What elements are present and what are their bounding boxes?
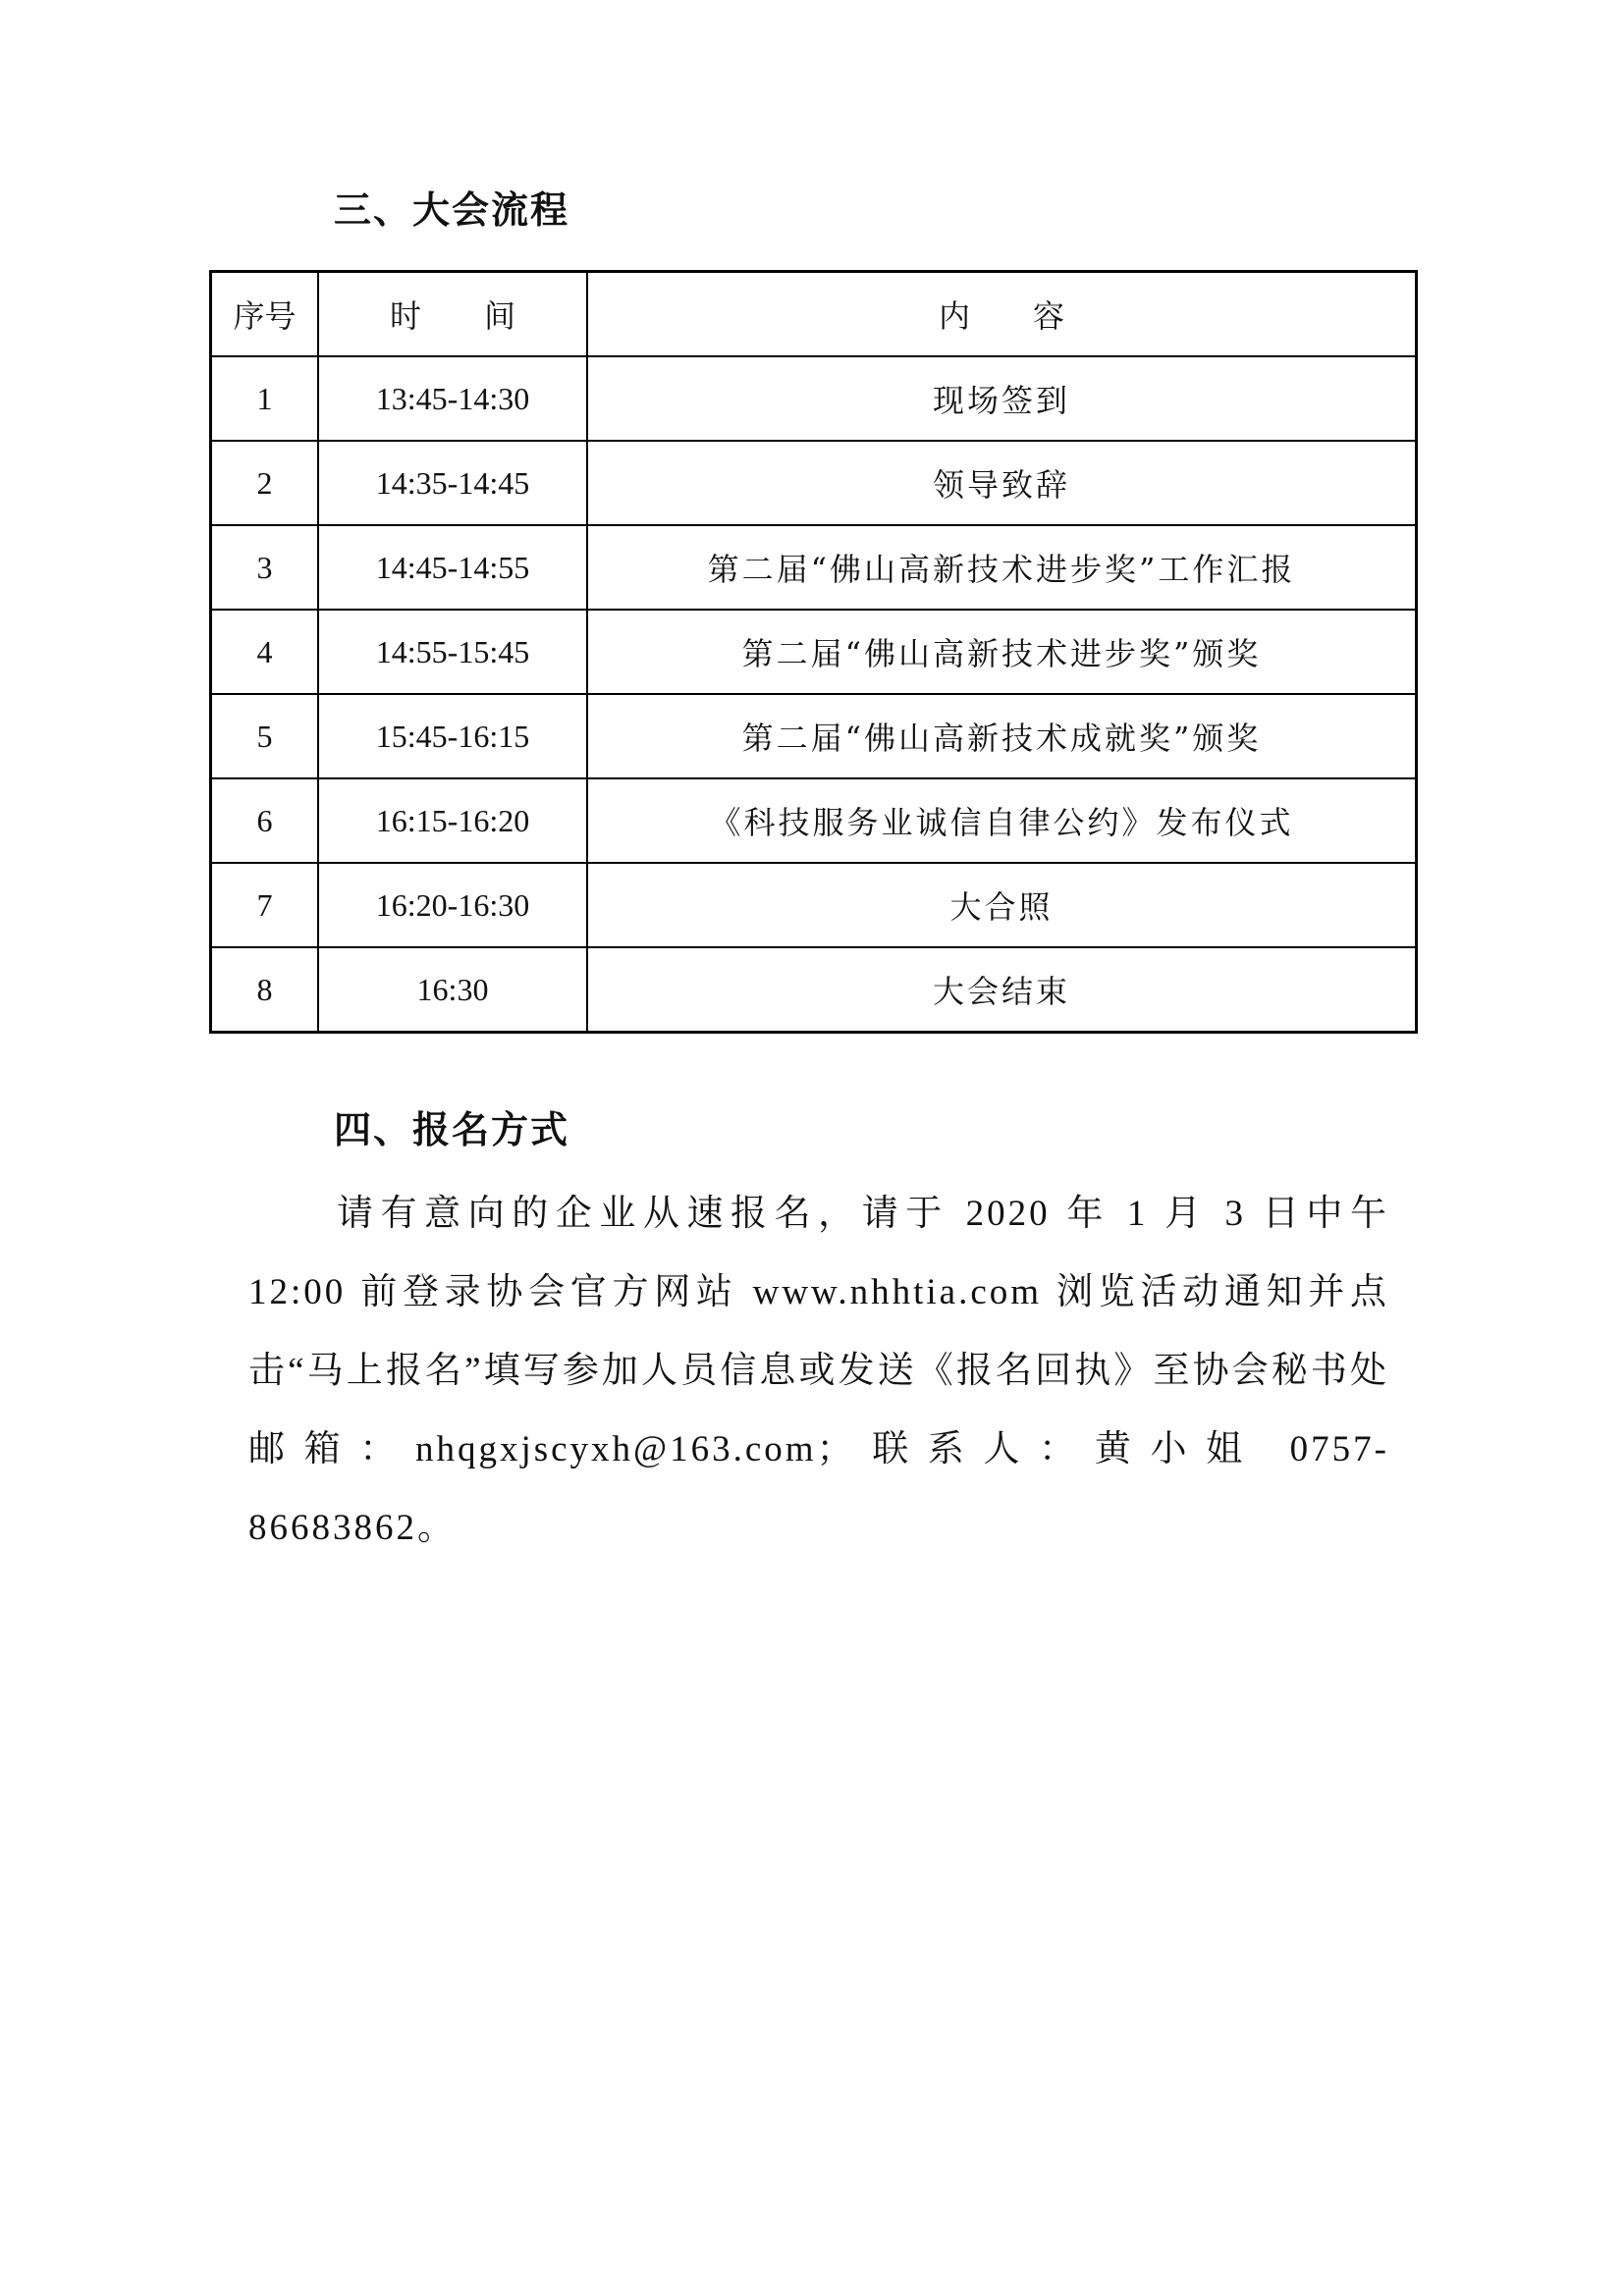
cell-time: 14:45-14:55 (318, 525, 587, 610)
cell-time: 13:45-14:30 (318, 356, 587, 441)
cell-content: 《科技服务业诚信自律公约》发布仪式 (587, 778, 1417, 863)
cell-no: 1 (211, 356, 319, 441)
cell-time: 15:45-16:15 (318, 694, 587, 778)
cell-time: 16:30 (318, 947, 587, 1033)
cell-content: 第二届“佛山高新技术进步奖”颁奖 (587, 610, 1417, 694)
cell-no: 4 (211, 610, 319, 694)
cell-time: 16:20-16:30 (318, 863, 587, 947)
table-row: 5 15:45-16:15 第二届“佛山高新技术成就奖”颁奖 (211, 694, 1417, 778)
cell-no: 6 (211, 778, 319, 863)
section-heading-registration: 四、报名方式 (334, 1099, 569, 1153)
agenda-table: 序号 时 间 内 容 1 13:45-14:30 现场签到 2 14:35-14… (209, 270, 1418, 1034)
table-row: 1 13:45-14:30 现场签到 (211, 356, 1417, 441)
section-heading-agenda: 三、大会流程 (334, 180, 569, 234)
registration-body: 请有意向的企业从速报名，请于 2020 年 1 月 3 日中午 12:00 前登… (248, 1175, 1389, 1568)
cell-no: 3 (211, 525, 319, 610)
cell-no: 5 (211, 694, 319, 778)
cell-content: 第二届“佛山高新技术进步奖”工作汇报 (587, 525, 1417, 610)
cell-content: 领导致辞 (587, 441, 1417, 525)
table-row: 8 16:30 大会结束 (211, 947, 1417, 1033)
column-header-no: 序号 (211, 272, 319, 357)
cell-content: 大会结束 (587, 947, 1417, 1033)
table-header-row: 序号 时 间 内 容 (211, 272, 1417, 357)
table-row: 4 14:55-15:45 第二届“佛山高新技术进步奖”颁奖 (211, 610, 1417, 694)
cell-time: 14:35-14:45 (318, 441, 587, 525)
column-header-content: 内 容 (587, 272, 1417, 357)
cell-time: 14:55-15:45 (318, 610, 587, 694)
cell-content: 大合照 (587, 863, 1417, 947)
table-row: 6 16:15-16:20 《科技服务业诚信自律公约》发布仪式 (211, 778, 1417, 863)
registration-paragraph: 请有意向的企业从速报名，请于 2020 年 1 月 3 日中午 12:00 前登… (248, 1175, 1389, 1568)
table-row: 7 16:20-16:30 大合照 (211, 863, 1417, 947)
cell-no: 8 (211, 947, 319, 1033)
table-row: 3 14:45-14:55 第二届“佛山高新技术进步奖”工作汇报 (211, 525, 1417, 610)
column-header-time: 时 间 (318, 272, 587, 357)
cell-content: 第二届“佛山高新技术成就奖”颁奖 (587, 694, 1417, 778)
cell-time: 16:15-16:20 (318, 778, 587, 863)
cell-content: 现场签到 (587, 356, 1417, 441)
cell-no: 7 (211, 863, 319, 947)
table-row: 2 14:35-14:45 领导致辞 (211, 441, 1417, 525)
cell-no: 2 (211, 441, 319, 525)
